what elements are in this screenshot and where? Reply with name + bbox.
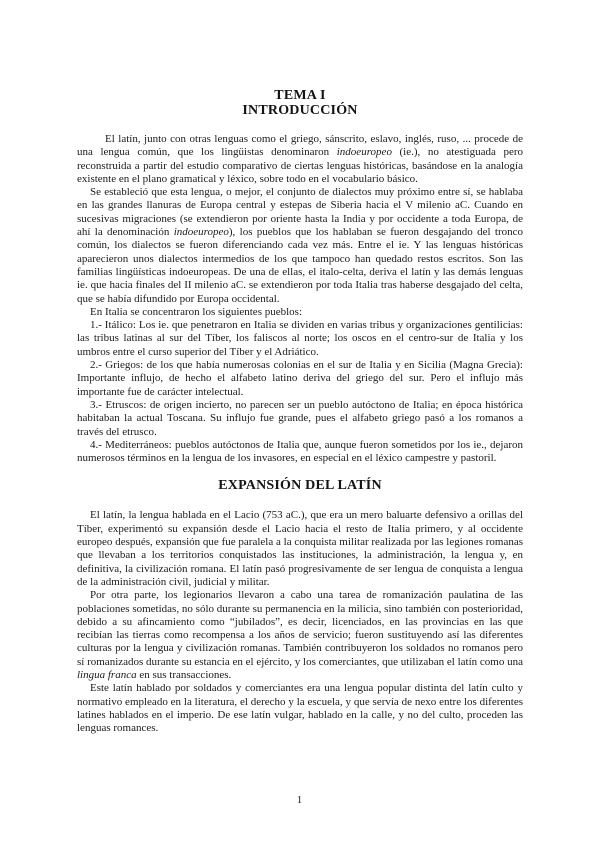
text-segment: en sus transacciones.	[137, 669, 232, 681]
page-number: 1	[0, 794, 599, 806]
italic-term: lingua franca	[77, 669, 137, 681]
text-segment: En Italia se concentraron los siguientes…	[90, 306, 302, 318]
paragraph: Se estableció que esta lengua, o mejor, …	[77, 186, 523, 306]
section-introduccion-body: El latín, junto con otras lenguas como e…	[77, 133, 523, 465]
italic-term: indoeuropeo	[337, 146, 392, 158]
text-segment: Este latín hablado por soldados y comerc…	[77, 682, 523, 734]
text-segment: 4.- Mediterráneos: pueblos autóctonos de…	[77, 439, 523, 464]
text-segment: 3.- Etruscos: de origen incierto, no par…	[77, 399, 523, 438]
paragraph: Este latín hablado por soldados y comerc…	[77, 682, 523, 735]
section-expansion-body: El latín, la lengua hablada en el Lacio …	[77, 509, 523, 735]
document-title-line-1: TEMA I	[77, 88, 523, 103]
paragraph: 2.- Griegos: de los que había numerosas …	[77, 359, 523, 399]
text-segment: El latín, la lengua hablada en el Lacio …	[77, 509, 523, 587]
paragraph: Por otra parte, los legionarios llevaron…	[77, 589, 523, 682]
text-segment: Por otra parte, los legionarios llevaron…	[77, 589, 523, 667]
paragraph: En Italia se concentraron los siguientes…	[77, 306, 523, 319]
section-heading-expansion-del-latin: EXPANSIÓN DEL LATÍN	[77, 478, 523, 493]
document-title-line-2: INTRODUCCIÓN	[77, 103, 523, 118]
paragraph: 3.- Etruscos: de origen incierto, no par…	[77, 399, 523, 439]
text-segment: 2.- Griegos: de los que había numerosas …	[77, 359, 523, 398]
paragraph: El latín, junto con otras lenguas como e…	[77, 133, 523, 186]
italic-term: indoeuropeo	[174, 226, 229, 238]
paragraph: El latín, la lengua hablada en el Lacio …	[77, 509, 523, 589]
document-page: TEMA I INTRODUCCIÓN El latín, junto con …	[0, 0, 599, 848]
text-segment: 1.- Itálico: Los ie. que penetraron en I…	[77, 319, 523, 358]
paragraph: 1.- Itálico: Los ie. que penetraron en I…	[77, 319, 523, 359]
paragraph: 4.- Mediterráneos: pueblos autóctonos de…	[77, 439, 523, 466]
